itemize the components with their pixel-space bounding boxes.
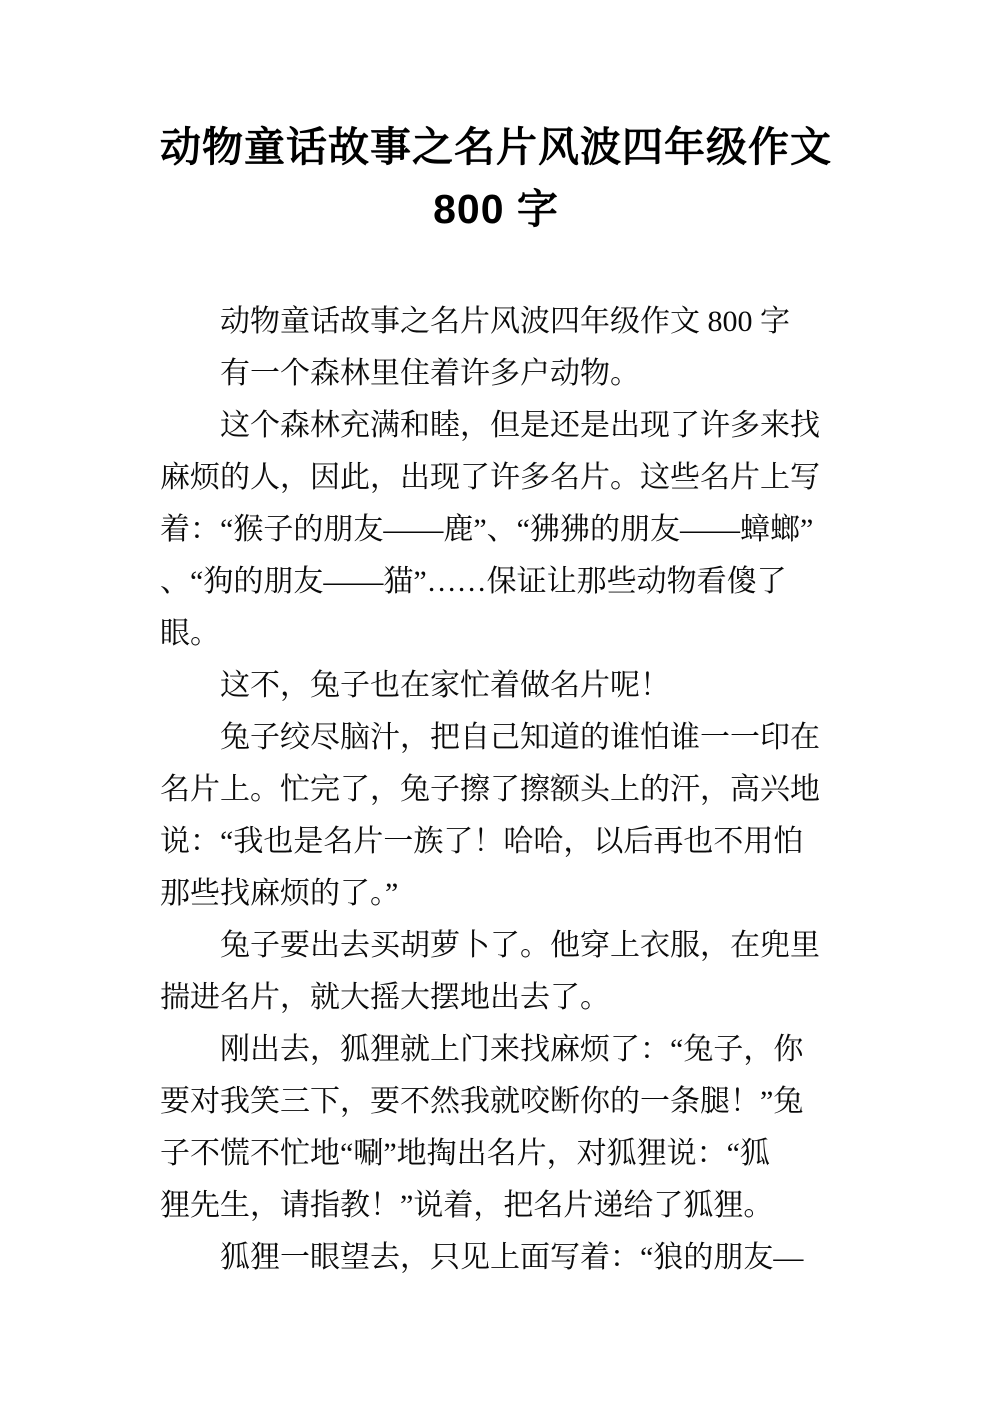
text-line: 刚出去，狐狸就上门来找麻烦了：“兔子，你 — [160, 1024, 828, 1076]
text-line: 狸先生，请指教！”说着，把名片递给了狐狸。 — [160, 1180, 828, 1232]
text-line: 麻烦的人，因此，出现了许多名片。这些名片上写 — [160, 452, 828, 504]
text-line: 狐狸一眼望去，只见上面写着：“狼的朋友— — [160, 1232, 828, 1284]
text-line: 、“狗的朋友——猫”……保证让那些动物看傻了 — [160, 556, 828, 608]
text-line: 动物童话故事之名片风波四年级作文 800 字 — [160, 296, 828, 348]
text-line: 那些找麻烦的了。” — [160, 868, 828, 920]
text-line: 有一个森林里住着许多户动物。 — [160, 348, 828, 400]
document-page: 动物童话故事之名片风波四年级作文 800 字 动物童话故事之名片风波四年级作文 … — [0, 0, 993, 1404]
text-line: 名片上。忙完了，兔子擦了擦额头上的汗，高兴地 — [160, 764, 828, 816]
title-line-1: 动物童话故事之名片风波四年级作文 — [86, 116, 906, 178]
text-line: 这个森林充满和睦，但是还是出现了许多来找 — [160, 400, 828, 452]
text-line: 眼。 — [160, 608, 828, 660]
text-line: 兔子绞尽脑汁，把自己知道的谁怕谁一一印在 — [160, 712, 828, 764]
title-line-2: 800 字 — [86, 178, 906, 240]
text-line: 兔子要出去买胡萝卜了。他穿上衣服，在兜里 — [160, 920, 828, 972]
text-line: 说：“我也是名片一族了！哈哈，以后再也不用怕 — [160, 816, 828, 868]
text-line: 要对我笑三下，要不然我就咬断你的一条腿！”兔 — [160, 1076, 828, 1128]
text-line: 这不，兔子也在家忙着做名片呢！ — [160, 660, 828, 712]
document-title: 动物童话故事之名片风波四年级作文 800 字 — [86, 116, 906, 240]
text-line: 着：“猴子的朋友——鹿”、“狒狒的朋友——蟑螂” — [160, 504, 828, 556]
text-line: 子不慌不忙地“唰”地掏出名片，对狐狸说：“狐 — [160, 1128, 828, 1180]
document-body: 动物童话故事之名片风波四年级作文 800 字 有一个森林里住着许多户动物。 这个… — [160, 296, 828, 1284]
text-line: 揣进名片，就大摇大摆地出去了。 — [160, 972, 828, 1024]
